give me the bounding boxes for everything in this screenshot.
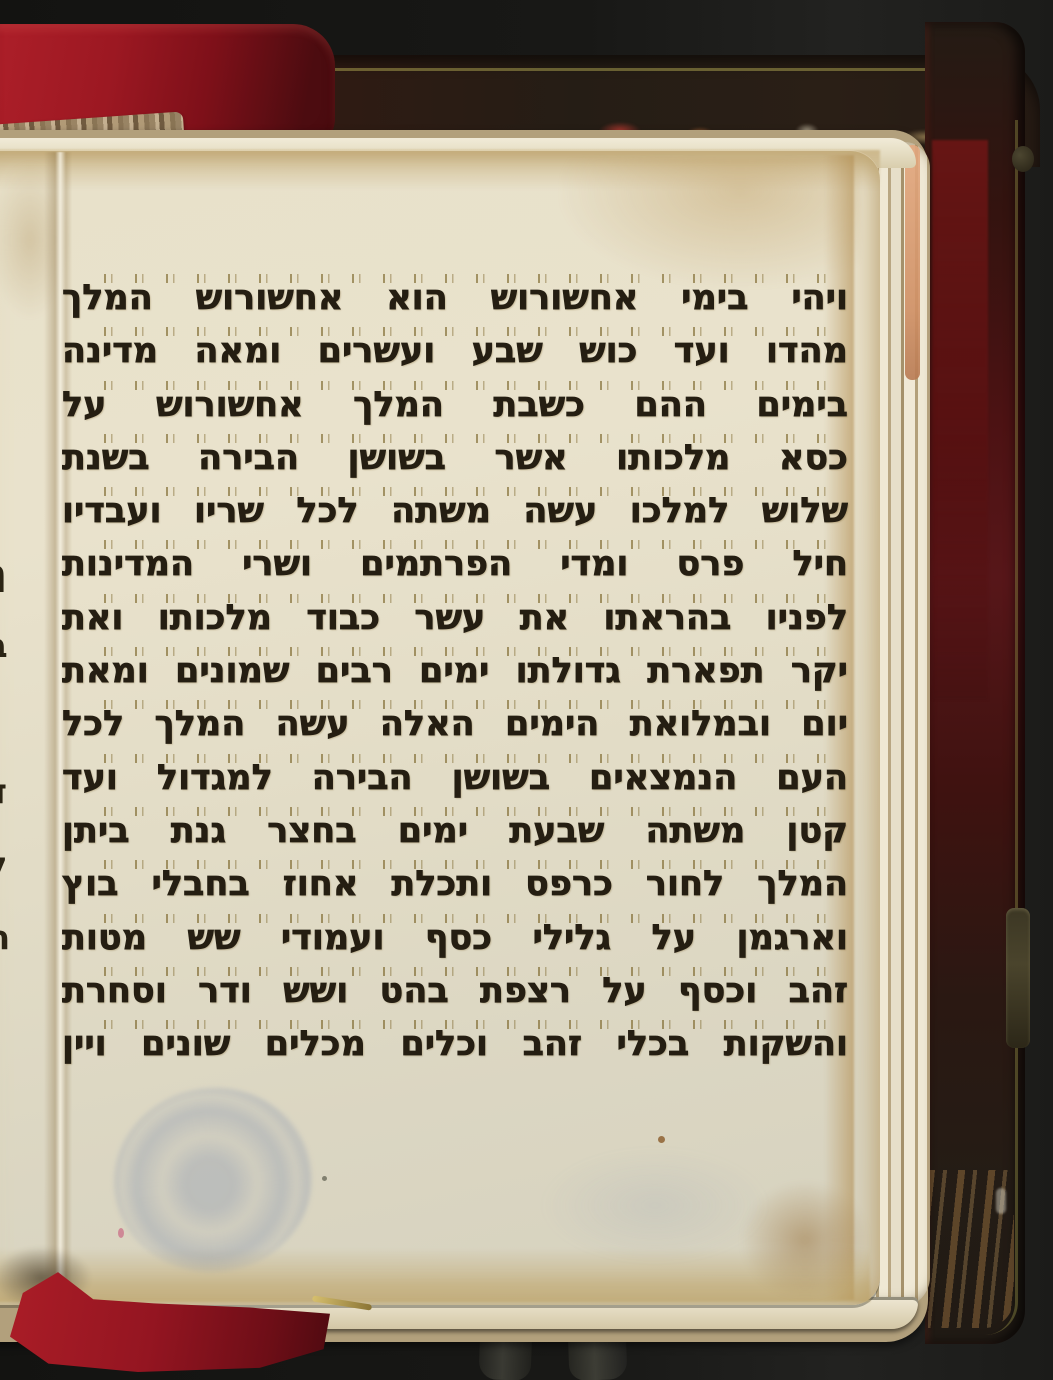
manuscript-line: המלך לחור כרפס ותכלת אחוז בחבלי בוץ xyxy=(62,858,848,911)
manuscript-line: כסא מלכותו אשר בשושן הבירה בשנת xyxy=(62,432,848,485)
letter-fragment: ד xyxy=(0,775,5,809)
right-cover-maroon-band xyxy=(932,140,988,700)
manuscript-line: והשקות בכלי זהב וכלים מכלים שונים ויין xyxy=(62,1018,848,1071)
letter-fragment: ה xyxy=(0,921,5,955)
manuscript-photo: ך ב ו ד ל ה ז י ויהי בימי אחשורוש הוא אח… xyxy=(0,0,1053,1380)
stain-top-right xyxy=(560,158,860,288)
manuscript-line: העם הנמצאים בשושן הבירה למגדול ועד xyxy=(62,752,848,805)
letter-fragment: י xyxy=(0,1067,5,1101)
manuscript-line: מהדו ועד כוש שבע ועשרים ומאה מדינה xyxy=(62,325,848,378)
manuscript-line: וארגמן על גלילי כסף ועמודי שש מטות xyxy=(62,912,848,965)
manuscript-text-block: ויהי בימי אחשורוש הוא אחשורוש המלך מהדו … xyxy=(62,272,848,1077)
manuscript-line: יום ובמלואת הימים האלה עשה המלך לכל xyxy=(62,698,848,751)
gold-piping-right xyxy=(985,120,1018,1335)
letter-fragment: ו xyxy=(0,702,5,736)
manuscript-line: חיל פרס ומדי הפרתמים ושרי המדינות xyxy=(62,538,848,591)
manuscript-line: קטן משתה שבעת ימים בחצר גנת ביתן xyxy=(62,805,848,858)
metal-glint xyxy=(996,1188,1006,1214)
manuscript-line: שלוש למלכו עשה משתה לכל שריו ועבדיו xyxy=(62,485,848,538)
manuscript-line: זהב וכסף על רצפת בהט ושש ודר וסחרת xyxy=(62,965,848,1018)
facing-page-letter-fragments: ך ב ו ד ל ה ז י xyxy=(0,556,18,1101)
manuscript-line: לפניו בהראתו את עשר כבוד מלכותו ואת xyxy=(62,592,848,645)
pink-ink-dot xyxy=(118,1228,124,1238)
page-edge-orange-sliver xyxy=(905,145,920,380)
manuscript-line: ויהי בימי אחשורוש הוא אחשורוש המלך xyxy=(62,272,848,325)
letter-fragment: ב xyxy=(0,629,5,663)
manuscript-line: בימים ההם כשבת המלך אחשורוש על xyxy=(62,379,848,432)
right-clasp-fitting xyxy=(1006,908,1030,1048)
stamp-ink-bleed xyxy=(540,1148,770,1263)
grey-fleck xyxy=(322,1176,327,1181)
letter-fragment: ל xyxy=(0,848,5,882)
letter-fragment: ז xyxy=(0,994,5,1028)
manuscript-line: יקר תפארת גדולתו ימים רבים שמונים ומאת xyxy=(62,645,848,698)
clasp-knob-icon xyxy=(1012,146,1034,172)
brown-fleck xyxy=(658,1136,665,1143)
letter-fragment: ך xyxy=(0,556,5,590)
